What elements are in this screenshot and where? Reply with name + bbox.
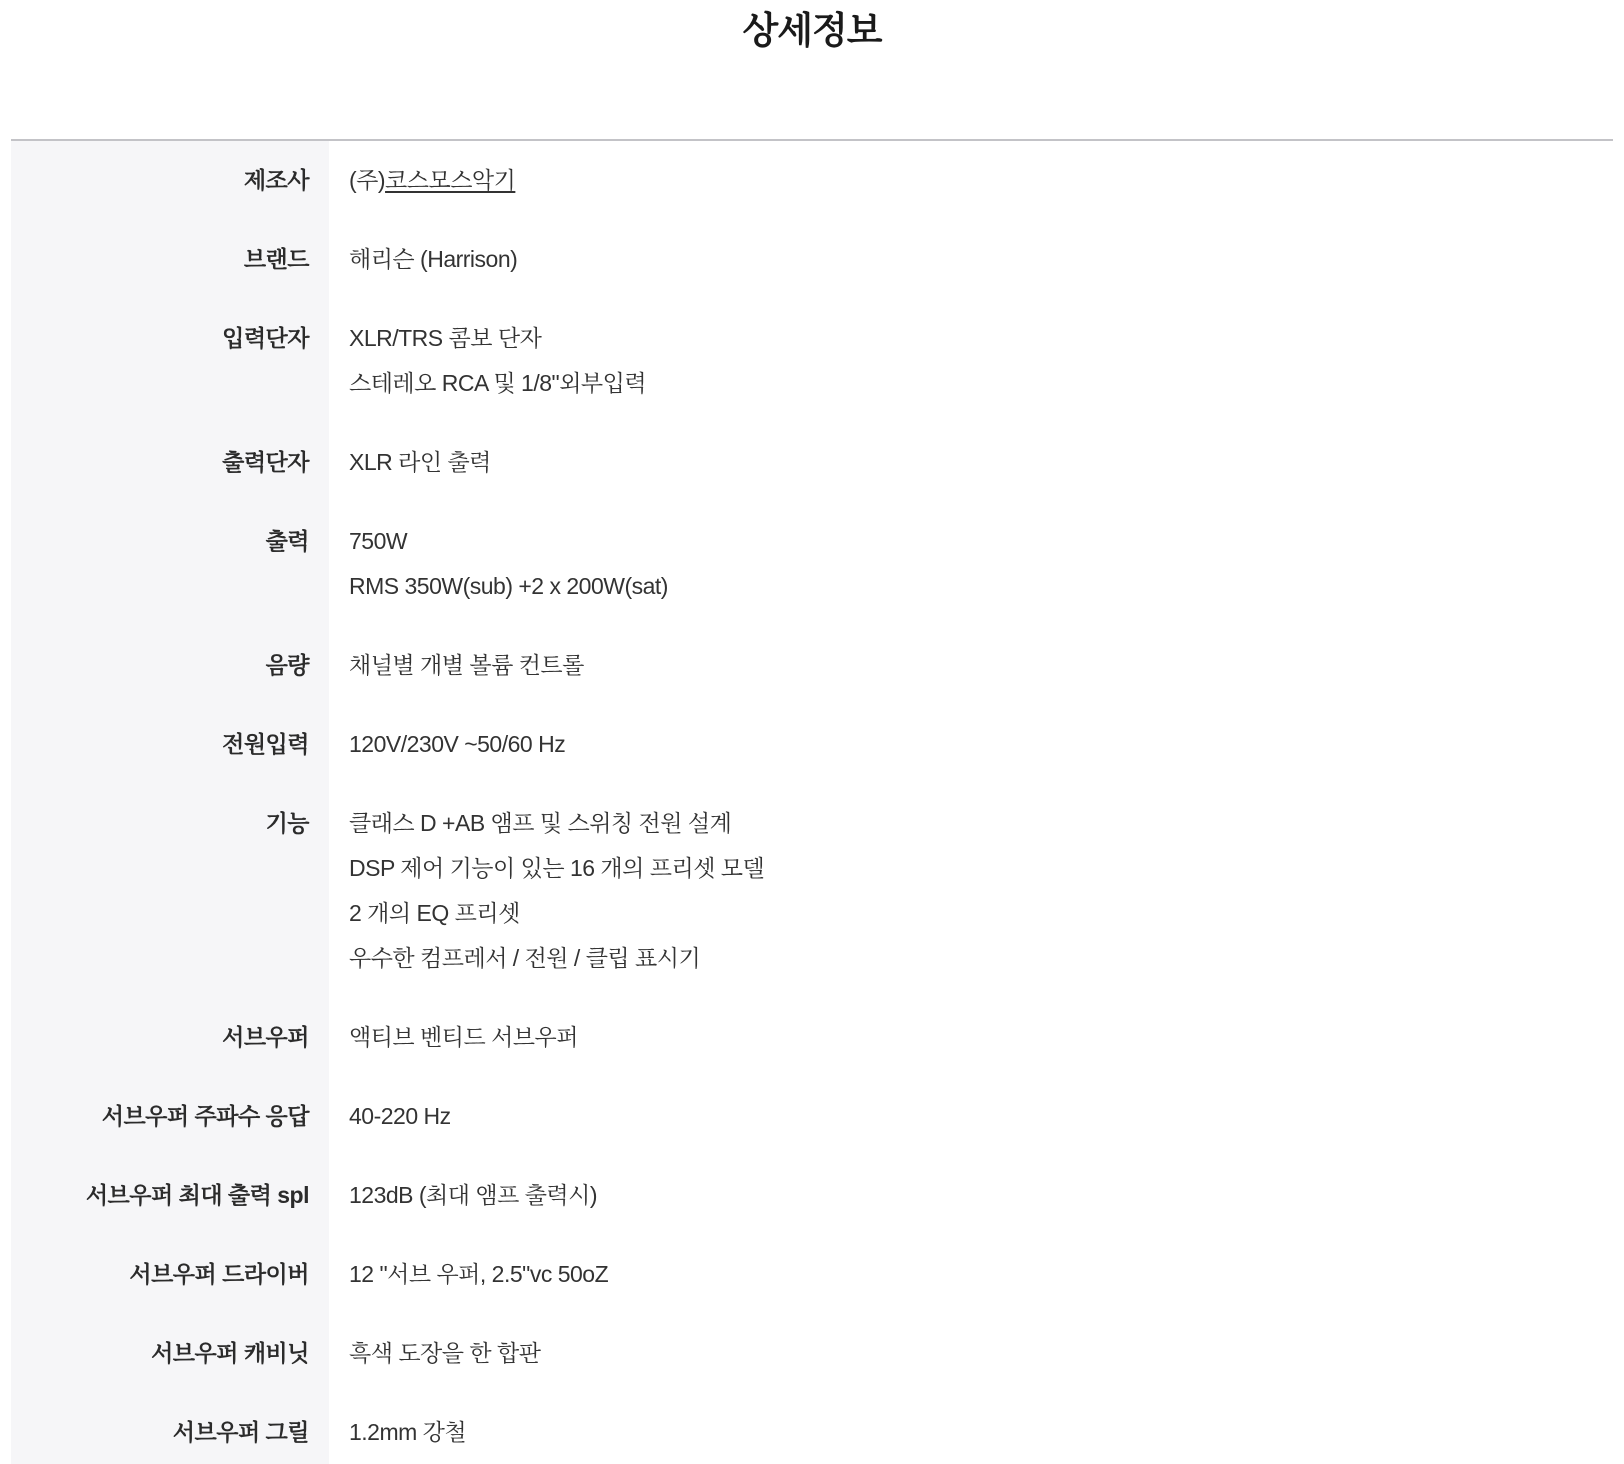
page-title: 상세정보 [0, 8, 1624, 54]
spec-label: 서브우퍼 최대 출력 spl [11, 1156, 329, 1235]
spec-row: 서브우퍼 캐비닛 흑색 도장을 한 합판 [11, 1314, 1613, 1393]
spec-value-line: 40-220 Hz [349, 1094, 1613, 1139]
spec-label: 서브우퍼 캐비닛 [11, 1314, 329, 1393]
spec-value: 123dB (최대 앰프 출력시) [329, 1156, 1613, 1235]
spec-table: 제조사 (주)코스모스악기 브랜드 해리슨 (Harrison) 입력단자 XL… [11, 139, 1613, 1464]
spec-label: 서브우퍼 [11, 998, 329, 1077]
spec-row: 전원입력 120V/230V ~50/60 Hz [11, 705, 1613, 784]
manufacturer-prefix: (주) [349, 167, 385, 193]
spec-value: XLR/TRS 콤보 단자스테레오 RCA 및 1/8"외부입력 [329, 299, 1613, 423]
spec-value-line: 우수한 컴프레서 / 전원 / 클립 표시기 [349, 936, 1613, 981]
spec-label: 입력단자 [11, 299, 329, 423]
spec-value-line: DSP 제어 기능이 있는 16 개의 프리셋 모델 [349, 846, 1613, 891]
spec-value-line: RMS 350W(sub) +2 x 200W(sat) [349, 564, 1613, 609]
spec-row: 서브우퍼 주파수 응답 40-220 Hz [11, 1077, 1613, 1156]
spec-value-line: 액티브 벤티드 서브우퍼 [349, 1015, 1613, 1060]
spec-label: 출력단자 [11, 423, 329, 502]
spec-row: 제조사 (주)코스모스악기 [11, 141, 1613, 220]
spec-value-line: 클래스 D +AB 앰프 및 스위칭 전원 설계 [349, 801, 1613, 846]
spec-value-line: 스테레오 RCA 및 1/8"외부입력 [349, 361, 1613, 406]
spec-value-line: 123dB (최대 앰프 출력시) [349, 1173, 1613, 1218]
spec-label: 서브우퍼 드라이버 [11, 1235, 329, 1314]
spec-label: 브랜드 [11, 220, 329, 299]
spec-value-line: (주)코스모스악기 [349, 158, 1613, 203]
spec-row: 서브우퍼 최대 출력 spl 123dB (최대 앰프 출력시) [11, 1156, 1613, 1235]
product-detail-section: 상세정보 제조사 (주)코스모스악기 브랜드 해리슨 (Harrison) 입력… [0, 8, 1624, 1464]
spec-value: 해리슨 (Harrison) [329, 220, 1613, 299]
spec-value: 40-220 Hz [329, 1077, 1613, 1156]
spec-label: 제조사 [11, 141, 329, 220]
spec-row: 음량 채널별 개별 볼륨 컨트롤 [11, 626, 1613, 705]
spec-row: 브랜드 해리슨 (Harrison) [11, 220, 1613, 299]
spec-row: 서브우퍼 드라이버 12 "서브 우퍼, 2.5"vc 50oZ [11, 1235, 1613, 1314]
spec-value: 클래스 D +AB 앰프 및 스위칭 전원 설계DSP 제어 기능이 있는 16… [329, 784, 1613, 998]
spec-label: 서브우퍼 그릴 [11, 1393, 329, 1464]
spec-value-line: 750W [349, 519, 1613, 564]
spec-value-line: 2 개의 EQ 프리셋 [349, 891, 1613, 936]
spec-label: 기능 [11, 784, 329, 998]
spec-value: 채널별 개별 볼륨 컨트롤 [329, 626, 1613, 705]
spec-value: 액티브 벤티드 서브우퍼 [329, 998, 1613, 1077]
spec-value: 흑색 도장을 한 합판 [329, 1314, 1613, 1393]
spec-row: 출력단자 XLR 라인 출력 [11, 423, 1613, 502]
spec-value: 120V/230V ~50/60 Hz [329, 705, 1613, 784]
spec-value: 12 "서브 우퍼, 2.5"vc 50oZ [329, 1235, 1613, 1314]
spec-value: (주)코스모스악기 [329, 141, 1613, 220]
spec-label: 전원입력 [11, 705, 329, 784]
spec-value: 750WRMS 350W(sub) +2 x 200W(sat) [329, 502, 1613, 626]
spec-label: 서브우퍼 주파수 응답 [11, 1077, 329, 1156]
spec-value: 1.2mm 강철 [329, 1393, 1613, 1464]
spec-value-line: 해리슨 (Harrison) [349, 237, 1613, 282]
spec-label: 출력 [11, 502, 329, 626]
spec-value-line: 1.2mm 강철 [349, 1410, 1613, 1455]
spec-value-line: 12 "서브 우퍼, 2.5"vc 50oZ [349, 1252, 1613, 1297]
spec-value-line: XLR/TRS 콤보 단자 [349, 316, 1613, 361]
spec-value-line: XLR 라인 출력 [349, 440, 1613, 485]
spec-label: 음량 [11, 626, 329, 705]
spec-row: 출력 750WRMS 350W(sub) +2 x 200W(sat) [11, 502, 1613, 626]
spec-row: 서브우퍼 액티브 벤티드 서브우퍼 [11, 998, 1613, 1077]
manufacturer-link[interactable]: 코스모스악기 [385, 167, 515, 193]
spec-value-line: 120V/230V ~50/60 Hz [349, 722, 1613, 767]
spec-value-line: 흑색 도장을 한 합판 [349, 1331, 1613, 1376]
spec-row: 서브우퍼 그릴 1.2mm 강철 [11, 1393, 1613, 1464]
spec-row: 입력단자 XLR/TRS 콤보 단자스테레오 RCA 및 1/8"외부입력 [11, 299, 1613, 423]
spec-value: XLR 라인 출력 [329, 423, 1613, 502]
spec-row: 기능 클래스 D +AB 앰프 및 스위칭 전원 설계DSP 제어 기능이 있는… [11, 784, 1613, 998]
spec-value-line: 채널별 개별 볼륨 컨트롤 [349, 643, 1613, 688]
